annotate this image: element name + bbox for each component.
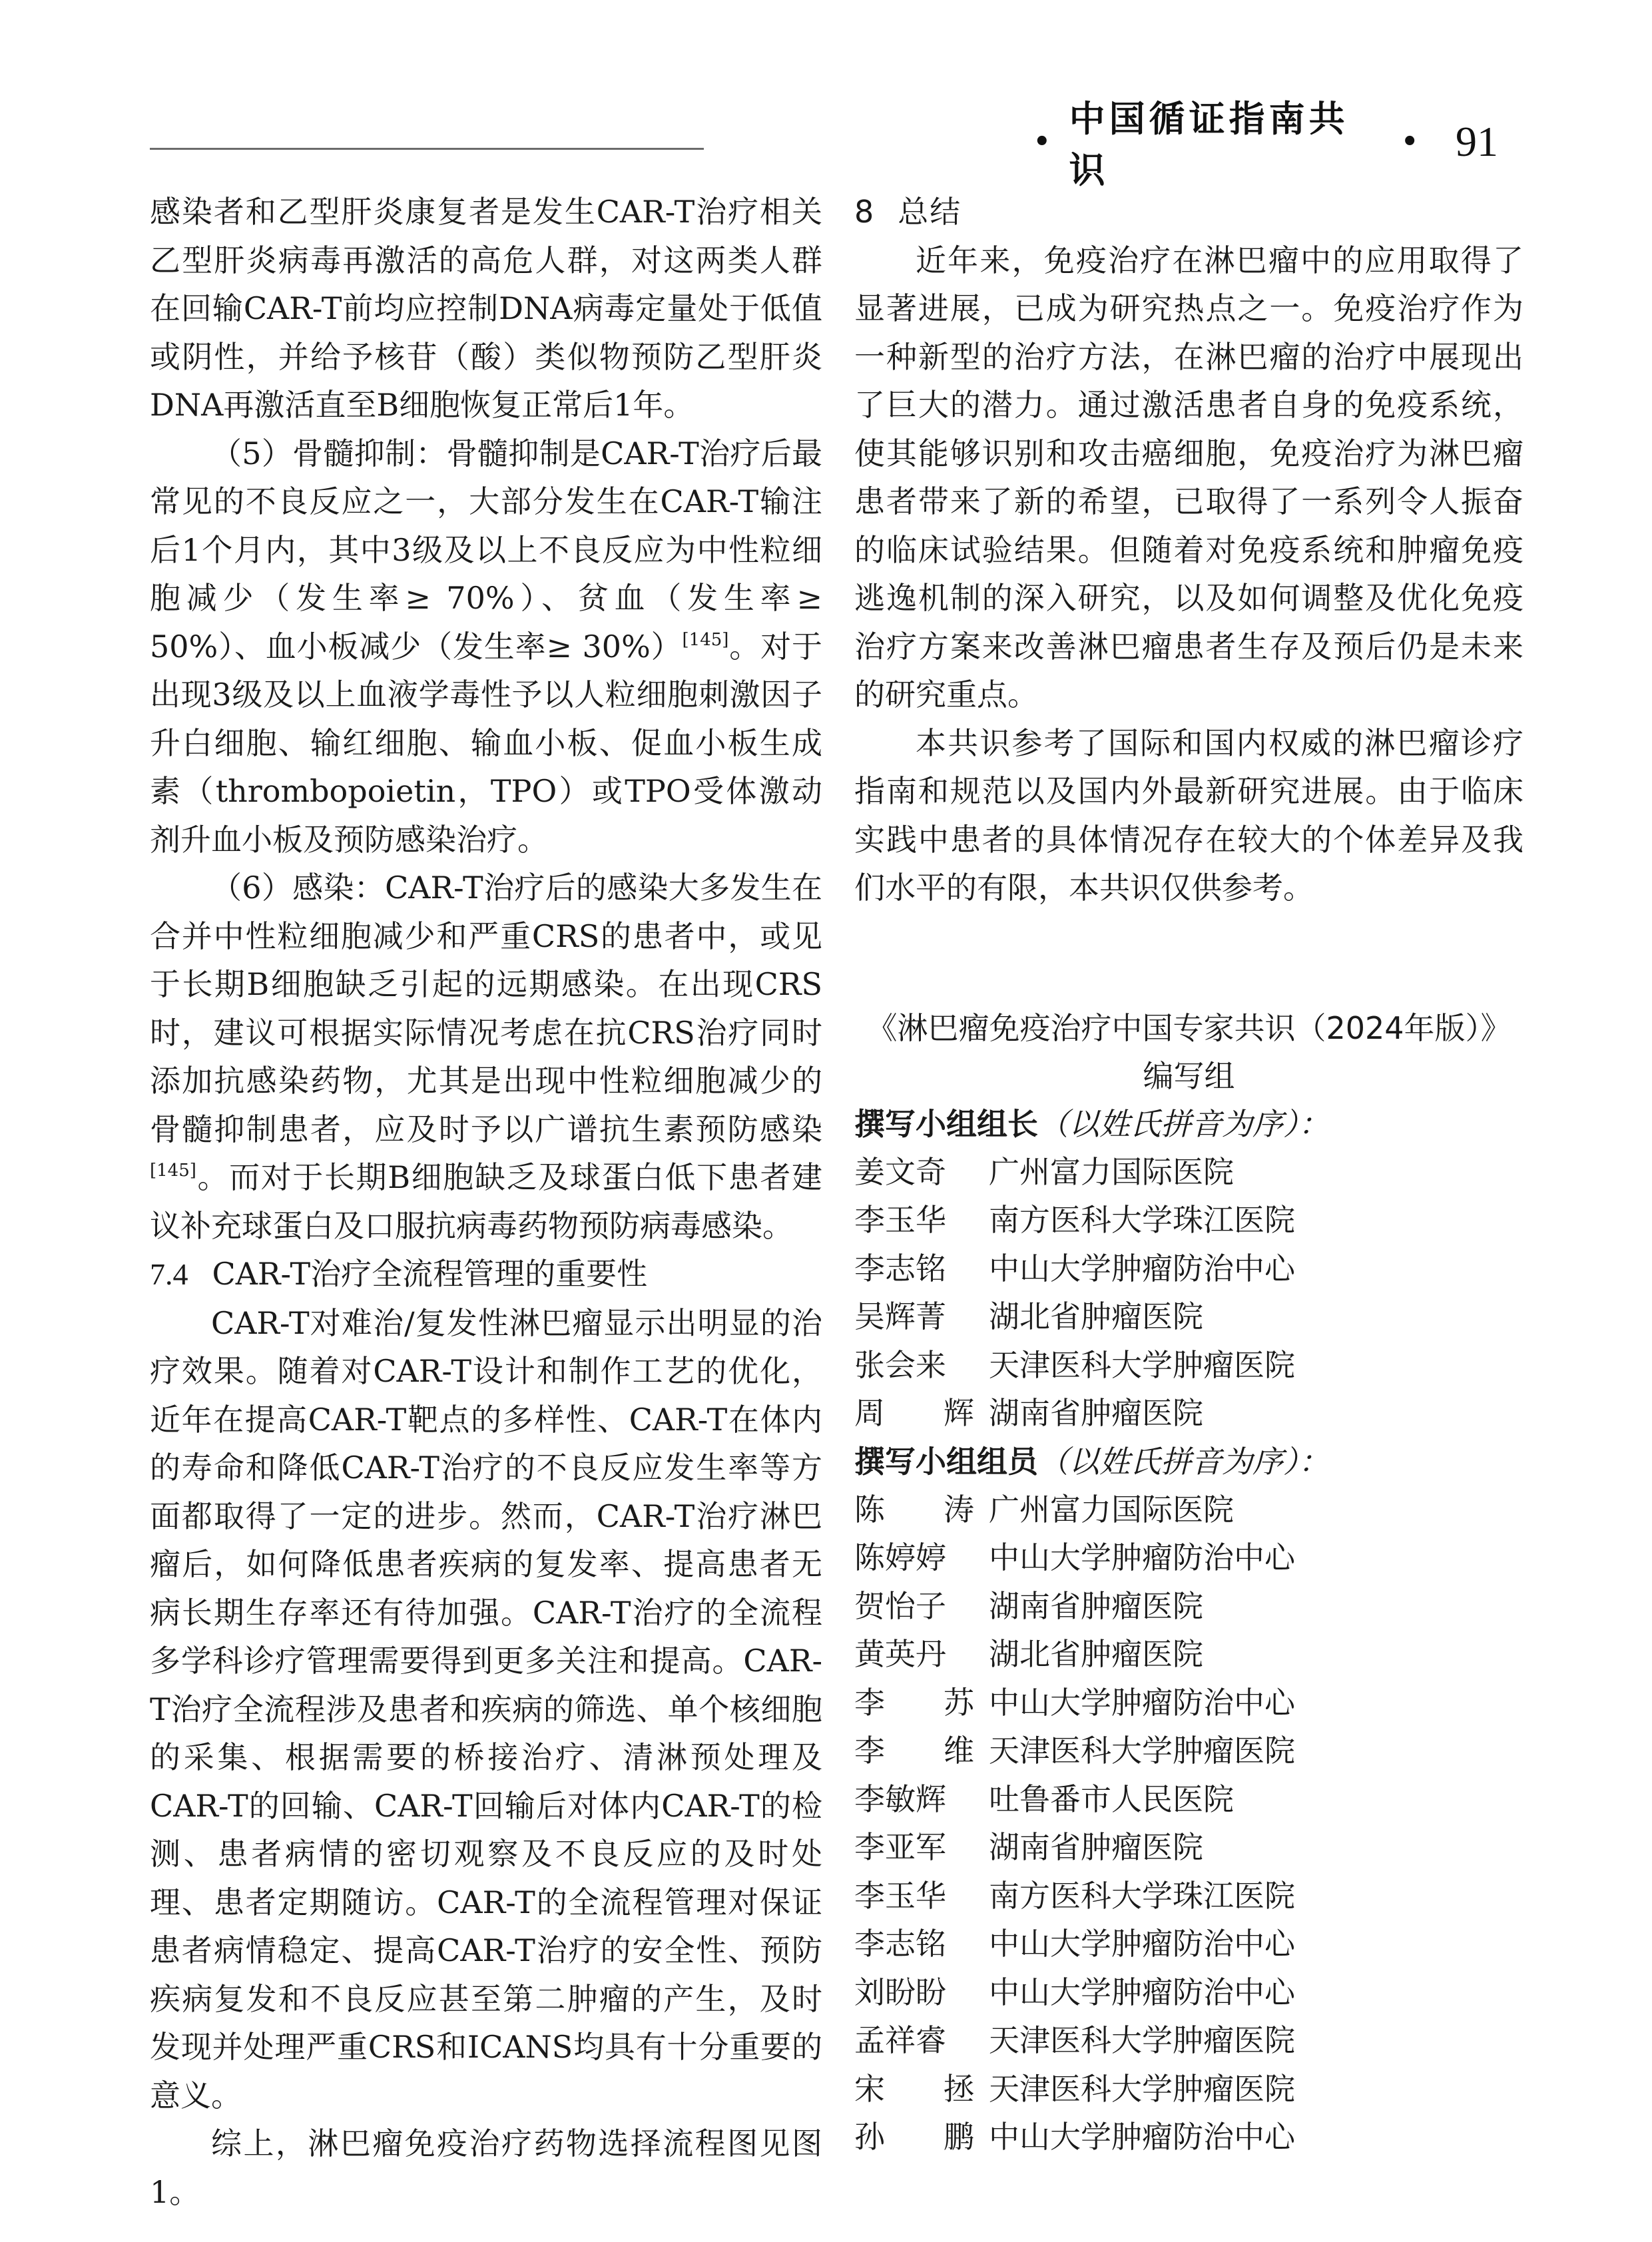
writing-group-title: 《淋巴瘤免疫治疗中国专家共识（2024年版）》 编写组 (854, 1004, 1523, 1100)
name-part: 李玉华 (854, 1196, 946, 1245)
name-part: 李亚军 (854, 1823, 946, 1872)
section-title: 总结 (898, 194, 962, 230)
members-note: （以姓氏拼音为序）： (1038, 1444, 1329, 1480)
affiliation: 中山大学肿瘤防治中心 (989, 1679, 1295, 1727)
paragraph-car-t-management: CAR-T对难治/复发性淋巴瘤显示出明显的治疗效果。随着对CAR-T设计和制作工… (150, 1299, 822, 2120)
name-part: 拯 (944, 2065, 974, 2113)
name-part: 周 (854, 1389, 885, 1438)
writing-group-title-line2: 编写组 (854, 1052, 1523, 1100)
writing-group-title-line1: 《淋巴瘤免疫治疗中国专家共识（2024年版）》 (854, 1004, 1523, 1052)
affiliation: 天津医科大学肿瘤医院 (989, 1341, 1295, 1390)
person-name: 张会来 (854, 1341, 974, 1390)
section-heading-7-4: 7.4CAR-T治疗全流程管理的重要性 (150, 1250, 822, 1299)
affiliation: 湖南省肿瘤医院 (989, 1823, 1203, 1872)
affiliation: 中山大学肿瘤防治中心 (989, 1920, 1295, 1968)
paragraph-continued: 感染者和乙型肝炎康复者是发生CAR-T治疗相关乙型肝炎病毒再激活的高危人群，对这… (150, 188, 822, 429)
list-item: 黄英丹湖北省肿瘤医院 (854, 1630, 1523, 1679)
list-item: 张会来天津医科大学肿瘤医院 (854, 1341, 1523, 1390)
list-item: 贺怡子湖南省肿瘤医院 (854, 1582, 1523, 1631)
left-column: 感染者和乙型肝炎康复者是发生CAR-T治疗相关乙型肝炎病毒再激活的高危人群，对这… (150, 188, 822, 2216)
name-part: 辉 (944, 1389, 974, 1438)
name-part: 李敏辉 (854, 1775, 946, 1824)
list-item: 李敏辉吐鲁番市人民医院 (854, 1775, 1523, 1824)
affiliation: 南方医科大学珠江医院 (989, 1196, 1295, 1245)
journal-title: 中国循证指南共识 (1069, 91, 1387, 193)
section-heading-8: 8总结 (854, 188, 1523, 236)
name-part: 维 (944, 1727, 974, 1775)
affiliation: 天津医科大学肿瘤医院 (989, 2065, 1295, 2113)
list-item: 李玉华南方医科大学珠江医院 (854, 1196, 1523, 1245)
paragraph-conclusion: 近年来，免疫治疗在淋巴瘤中的应用取得了显著进展，已成为研究热点之一。免疫治疗作为… (854, 236, 1523, 719)
affiliation: 天津医科大学肿瘤医院 (989, 2016, 1295, 2065)
affiliation: 南方医科大学珠江医院 (989, 1872, 1295, 1920)
person-name: 李志铭 (854, 1245, 974, 1293)
list-item: 李玉华南方医科大学珠江医院 (854, 1872, 1523, 1920)
list-item: 李亚军湖南省肿瘤医院 (854, 1823, 1523, 1872)
person-name: 李玉华 (854, 1872, 974, 1920)
bullet-icon: • (1033, 127, 1055, 157)
right-column: 8总结 近年来，免疫治疗在淋巴瘤中的应用取得了显著进展，已成为研究热点之一。免疫… (854, 188, 1523, 2161)
list-item: 李志铭中山大学肿瘤防治中心 (854, 1920, 1523, 1968)
name-part: 姜文奇 (854, 1148, 946, 1197)
name-part: 苏 (944, 1679, 974, 1727)
running-head: • 中国循证指南共识 • 91 (1019, 112, 1498, 172)
list-item: 刘盼盼中山大学肿瘤防治中心 (854, 1968, 1523, 2017)
name-part: 涛 (944, 1486, 974, 1534)
affiliation: 湖南省肿瘤医院 (989, 1582, 1203, 1631)
list-item: 李苏中山大学肿瘤防治中心 (854, 1679, 1523, 1727)
person-name: 姜文奇 (854, 1148, 974, 1197)
name-part: 宋 (854, 2065, 885, 2113)
person-name: 贺怡子 (854, 1582, 974, 1631)
person-name: 黄英丹 (854, 1630, 974, 1679)
name-part: 孟祥睿 (854, 2016, 946, 2065)
paragraph-summary: 综上，淋巴瘤免疫治疗药物选择流程图见图1。 (150, 2119, 822, 2216)
list-item: 陈涛广州富力国际医院 (854, 1486, 1523, 1534)
list-item: 吴辉菁湖北省肿瘤医院 (854, 1292, 1523, 1341)
name-part: 贺怡子 (854, 1582, 946, 1631)
person-name: 宋拯 (854, 2065, 974, 2113)
name-part: 李玉华 (854, 1872, 946, 1920)
leaders-list: 姜文奇广州富力国际医院李玉华南方医科大学珠江医院李志铭中山大学肿瘤防治中心吴辉菁… (854, 1148, 1523, 1438)
leaders-note: （以姓氏拼音为序）： (1038, 1106, 1329, 1142)
person-name: 孟祥睿 (854, 2016, 974, 2065)
affiliation: 湖南省肿瘤医院 (989, 1389, 1203, 1438)
name-part: 鹏 (944, 2113, 974, 2161)
person-name: 陈涛 (854, 1486, 974, 1534)
list-item: 陈婷婷中山大学肿瘤防治中心 (854, 1534, 1523, 1582)
paragraph-text: （6）感染：CAR-T治疗后的感染大多发生在合并中性粒细胞减少和严重CRS的患者… (150, 870, 822, 1147)
person-name: 李苏 (854, 1679, 974, 1727)
list-item: 孙鹏中山大学肿瘤防治中心 (854, 2113, 1523, 2161)
person-name: 刘盼盼 (854, 1968, 974, 2017)
list-item: 姜文奇广州富力国际医院 (854, 1148, 1523, 1197)
person-name: 孙鹏 (854, 2113, 974, 2161)
citation: [145] (683, 630, 729, 650)
affiliation: 天津医科大学肿瘤医院 (989, 1727, 1295, 1775)
members-label: 撰写小组组员 (854, 1444, 1038, 1480)
name-part: 孙 (854, 2113, 885, 2161)
person-name: 李玉华 (854, 1196, 974, 1245)
paragraph-bone-marrow-suppression: （5）骨髓抑制：骨髓抑制是CAR-T治疗后最常见的不良反应之一，大部分发生在CA… (150, 429, 822, 864)
name-part: 刘盼盼 (854, 1968, 946, 2017)
person-name: 李亚军 (854, 1823, 974, 1872)
list-item: 周辉湖南省肿瘤医院 (854, 1389, 1523, 1438)
affiliation: 中山大学肿瘤防治中心 (989, 1245, 1295, 1293)
affiliation: 湖北省肿瘤医院 (989, 1292, 1203, 1341)
name-part: 陈 (854, 1486, 885, 1534)
affiliation: 吐鲁番市人民医院 (989, 1775, 1234, 1824)
person-name: 吴辉菁 (854, 1292, 974, 1341)
paragraph-disclaimer: 本共识参考了国际和国内权威的淋巴瘤诊疗指南和规范以及国内外最新研究进展。由于临床… (854, 719, 1523, 912)
name-part: 陈婷婷 (854, 1534, 946, 1582)
name-part: 吴辉菁 (854, 1292, 946, 1341)
members-list: 陈涛广州富力国际医院陈婷婷中山大学肿瘤防治中心贺怡子湖南省肿瘤医院黄英丹湖北省肿… (854, 1486, 1523, 2161)
person-name: 李志铭 (854, 1920, 974, 1968)
name-part: 张会来 (854, 1341, 946, 1390)
affiliation: 广州富力国际医院 (989, 1486, 1234, 1534)
person-name: 陈婷婷 (854, 1534, 974, 1582)
affiliation: 广州富力国际医院 (989, 1148, 1234, 1197)
bullet-icon: • (1401, 127, 1422, 157)
name-part: 李志铭 (854, 1920, 946, 1968)
affiliation: 中山大学肿瘤防治中心 (989, 1968, 1295, 2017)
section-number: 7.4 (150, 1257, 188, 1291)
citation: [145] (150, 1161, 196, 1181)
page-number: 91 (1456, 117, 1498, 166)
list-item: 李志铭中山大学肿瘤防治中心 (854, 1245, 1523, 1293)
header-rule (150, 148, 704, 150)
list-item: 孟祥睿天津医科大学肿瘤医院 (854, 2016, 1523, 2065)
affiliation: 中山大学肿瘤防治中心 (989, 2113, 1295, 2161)
affiliation: 中山大学肿瘤防治中心 (989, 1534, 1295, 1582)
leaders-heading: 撰写小组组长（以姓氏拼音为序）： (854, 1100, 1523, 1148)
person-name: 李敏辉 (854, 1775, 974, 1824)
list-item: 宋拯天津医科大学肿瘤医院 (854, 2065, 1523, 2113)
section-title: CAR-T治疗全流程管理的重要性 (212, 1256, 648, 1292)
paragraph-infection: （6）感染：CAR-T治疗后的感染大多发生在合并中性粒细胞减少和严重CRS的患者… (150, 864, 822, 1250)
name-part: 李 (854, 1679, 885, 1727)
affiliation: 湖北省肿瘤医院 (989, 1630, 1203, 1679)
list-item: 李维天津医科大学肿瘤医院 (854, 1727, 1523, 1775)
name-part: 李志铭 (854, 1245, 946, 1293)
paragraph-text: 。而对于长期B细胞缺乏及球蛋白低下患者建议补充球蛋白及口服抗病毒药物预防病毒感染… (150, 1159, 822, 1244)
members-heading: 撰写小组组员（以姓氏拼音为序）： (854, 1438, 1523, 1486)
leaders-label: 撰写小组组长 (854, 1106, 1038, 1142)
name-part: 黄英丹 (854, 1630, 946, 1679)
section-number: 8 (854, 194, 875, 230)
name-part: 李 (854, 1727, 885, 1775)
person-name: 李维 (854, 1727, 974, 1775)
person-name: 周辉 (854, 1389, 974, 1438)
